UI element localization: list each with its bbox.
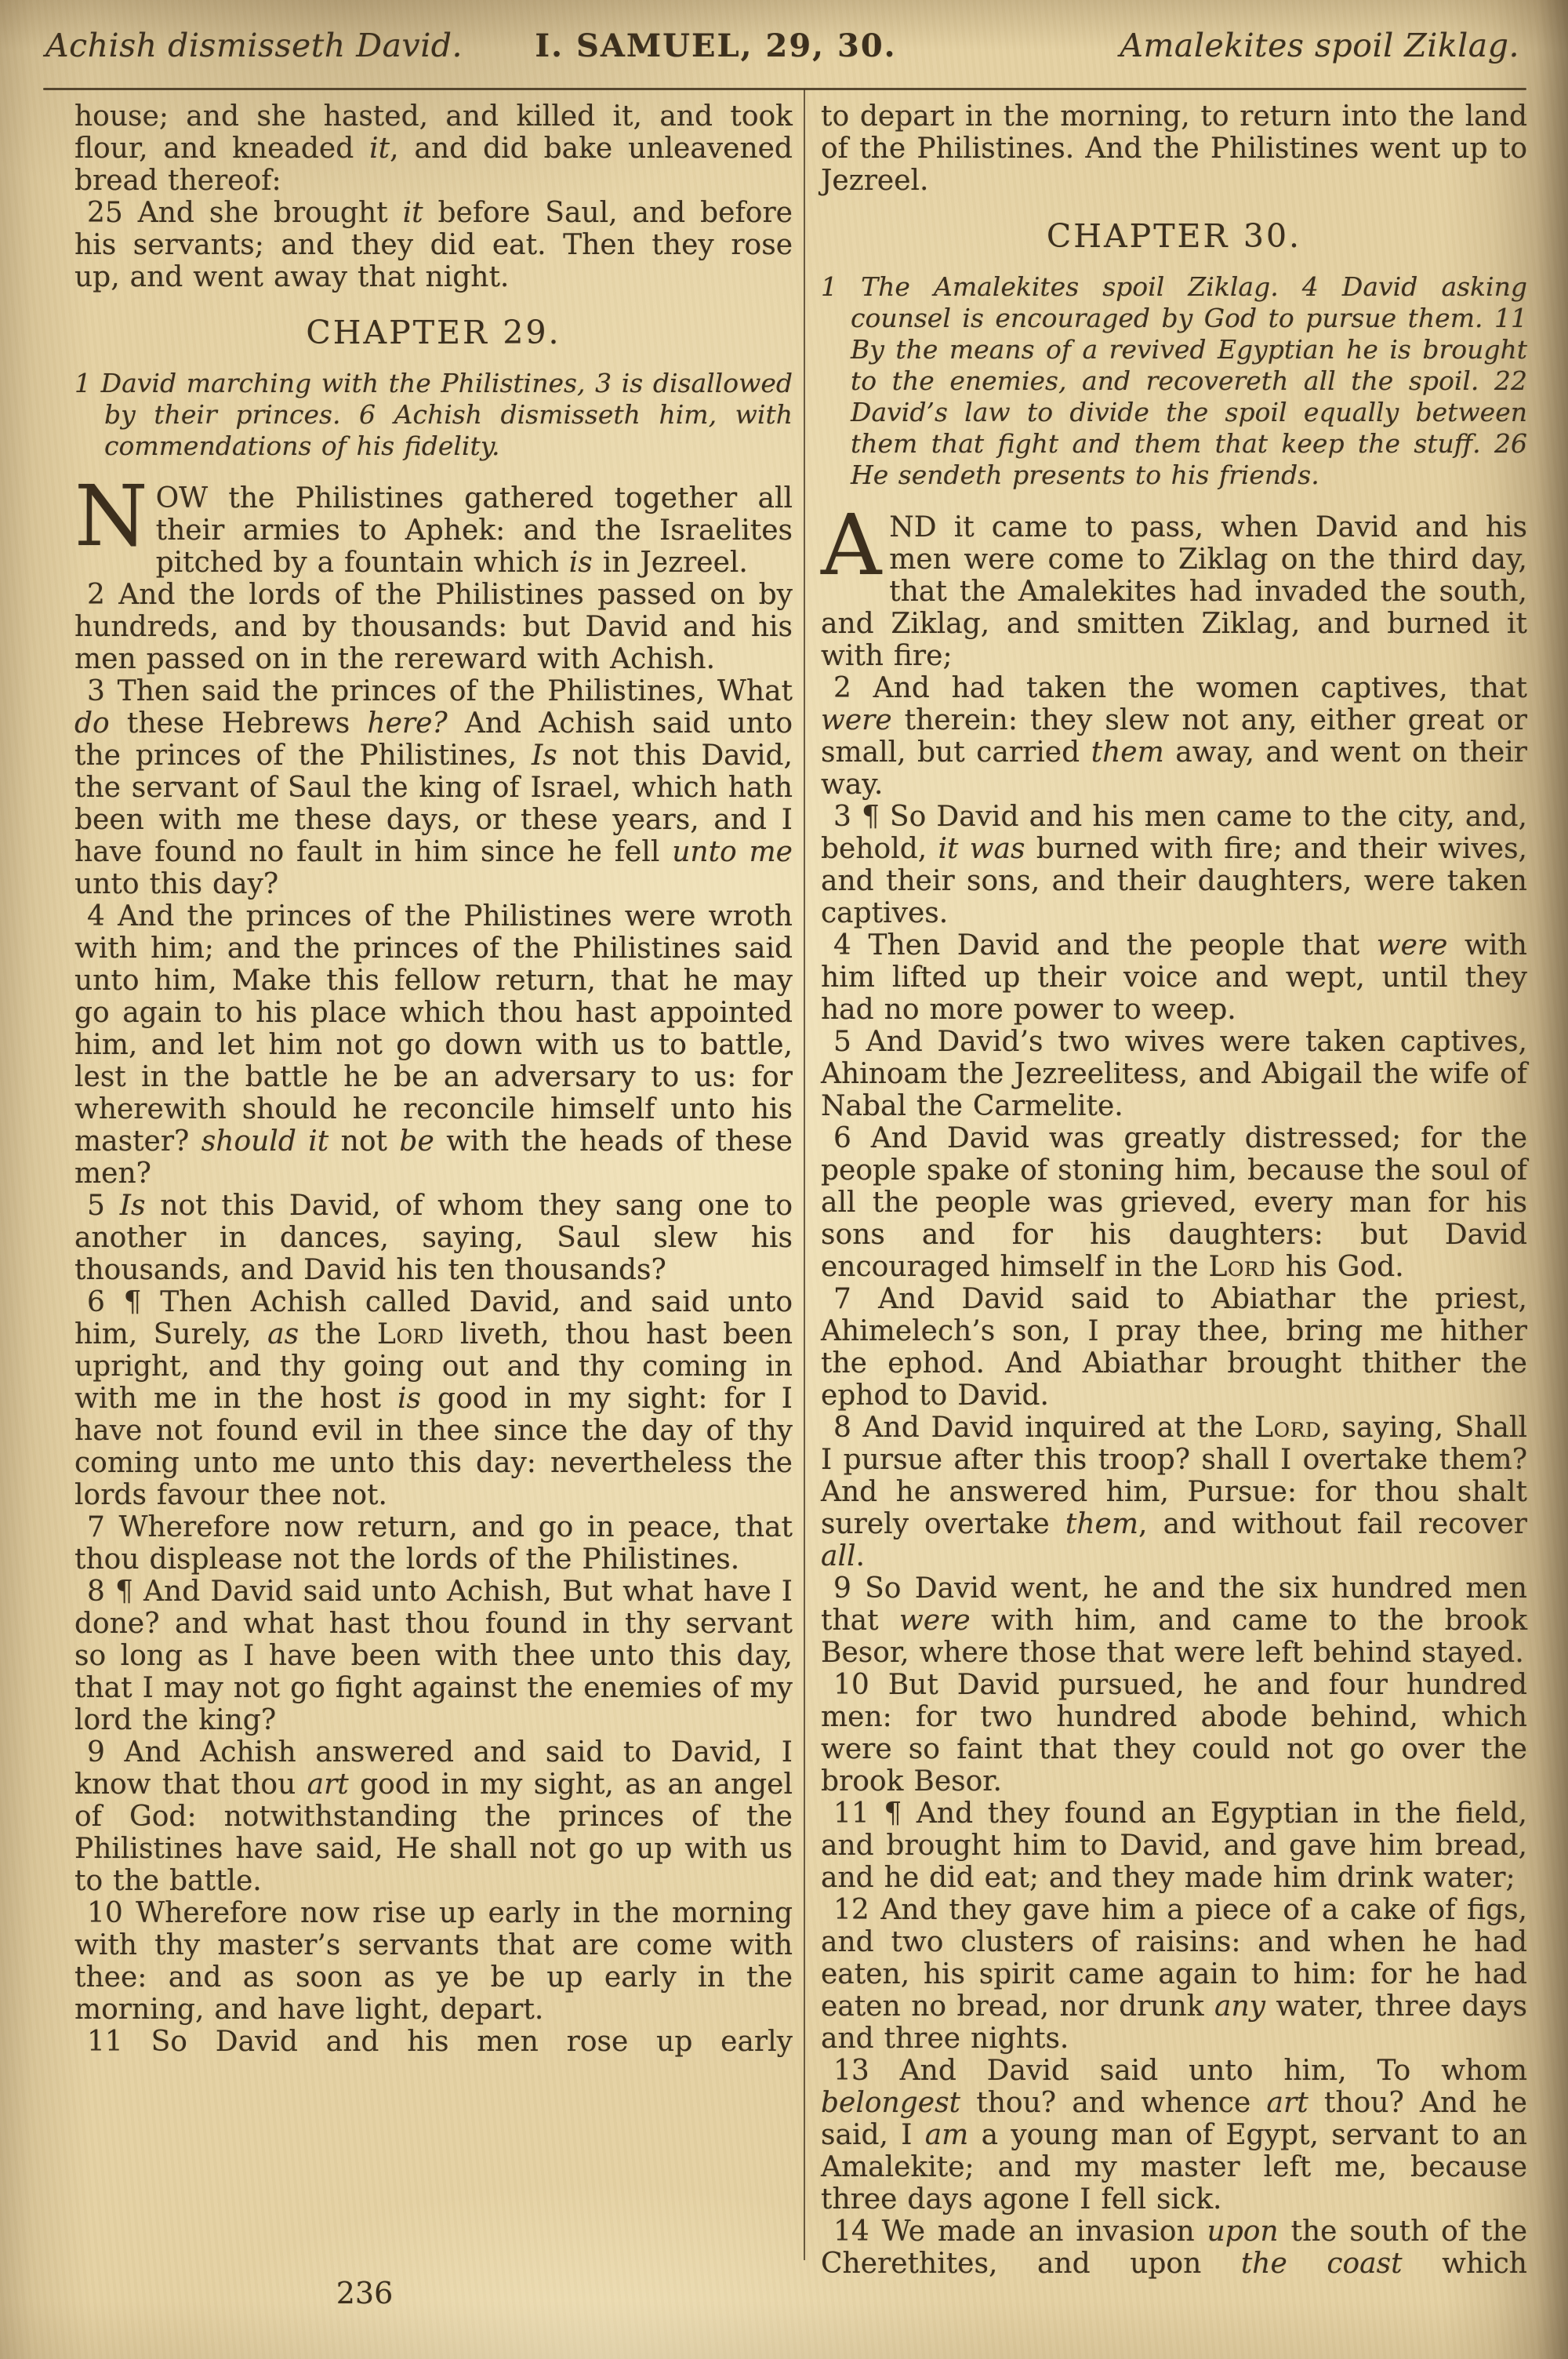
verse-paragraph: 8 And David inquired at the Lord, saying…	[821, 1412, 1527, 1572]
verse-paragraph: 25 And she brought it before Saul, and b…	[74, 197, 793, 293]
verse-paragraph: 10 But David pursued, he and four hundre…	[821, 1669, 1527, 1797]
verse-paragraph: NOW the Philistines gathered together al…	[74, 482, 793, 579]
chapter-heading: CHAPTER 29.	[74, 317, 793, 349]
scanned-bible-page: Achish dismisseth David. I. SAMUEL, 29, …	[0, 0, 1568, 2359]
running-head: Achish dismisseth David. I. SAMUEL, 29, …	[45, 27, 1519, 64]
verse-paragraph: 7 And David said to Abiathar the priest,…	[821, 1283, 1527, 1412]
verse-paragraph: 3 Then said the princes of the Philistin…	[74, 675, 793, 900]
verse-paragraph: 4 And the princes of the Philistines wer…	[74, 900, 793, 1190]
chapter-summary: 1 David marching with the Philistines, 3…	[74, 368, 793, 462]
verse-paragraph: 9 And Achish answered and said to David,…	[74, 1736, 793, 1897]
continuation-paragraph: to depart in the morning, to return into…	[821, 100, 1527, 197]
verse-paragraph: 8 ¶ And David said unto Achish, But what…	[74, 1576, 793, 1736]
verse-paragraph: 13 And David said unto him, To whom belo…	[821, 2055, 1527, 2215]
header-rule	[43, 88, 1526, 90]
chapter-heading: CHAPTER 30.	[821, 220, 1527, 253]
verse-paragraph: AND it came to pass, when David and his …	[821, 511, 1527, 672]
verse-paragraph: 5 Is not this David, of whom they sang o…	[74, 1190, 793, 1286]
verse-paragraph: 12 And they gave him a piece of a cake o…	[821, 1894, 1527, 2055]
drop-cap-initial: N	[74, 485, 148, 549]
verse-paragraph: 10 Wherefore now rise up early in the mo…	[74, 1897, 793, 2026]
running-head-right: Amalekites spoil Ziklag.	[964, 27, 1519, 64]
verse-paragraph: 6 ¶ Then Achish called David, and said u…	[74, 1286, 793, 1511]
verse-paragraph: 4 Then David and the people that were wi…	[821, 929, 1527, 1026]
verse-paragraph: 11 ¶ And they found an Egyptian in the f…	[821, 1797, 1527, 1894]
verse-paragraph: 5 And David’s two wives were taken capti…	[821, 1026, 1527, 1122]
page-number: 236	[0, 2276, 729, 2310]
verse-paragraph: 14 We made an invasion upon the south of…	[821, 2215, 1527, 2280]
right-text-column: to depart in the morning, to return into…	[821, 100, 1527, 2280]
verse-paragraph: 11 So David and his men rose up early	[74, 2026, 793, 2058]
running-head-title: I. SAMUEL, 29, 30.	[535, 27, 896, 64]
verse-paragraph: 2 And had taken the women captives, that…	[821, 672, 1527, 801]
left-text-column: house; and she hasted, and killed it, an…	[74, 100, 793, 2058]
continuation-paragraph: house; and she hasted, and killed it, an…	[74, 100, 793, 197]
verse-paragraph: 2 And the lords of the Philistines passe…	[74, 579, 793, 675]
verse-paragraph: 3 ¶ So David and his men came to the cit…	[821, 801, 1527, 929]
chapter-summary: 1 The Amalekites spoil Ziklag. 4 David a…	[821, 271, 1527, 491]
column-divider-rule	[804, 89, 805, 2260]
verse-paragraph: 7 Wherefore now return, and go in peace,…	[74, 1511, 793, 1576]
drop-cap-initial: A	[821, 514, 881, 578]
verse-paragraph: 9 So David went, he and the six hundred …	[821, 1572, 1527, 1669]
running-head-left: Achish dismisseth David.	[45, 27, 601, 64]
verse-paragraph: 6 And David was greatly distressed; for …	[821, 1122, 1527, 1283]
